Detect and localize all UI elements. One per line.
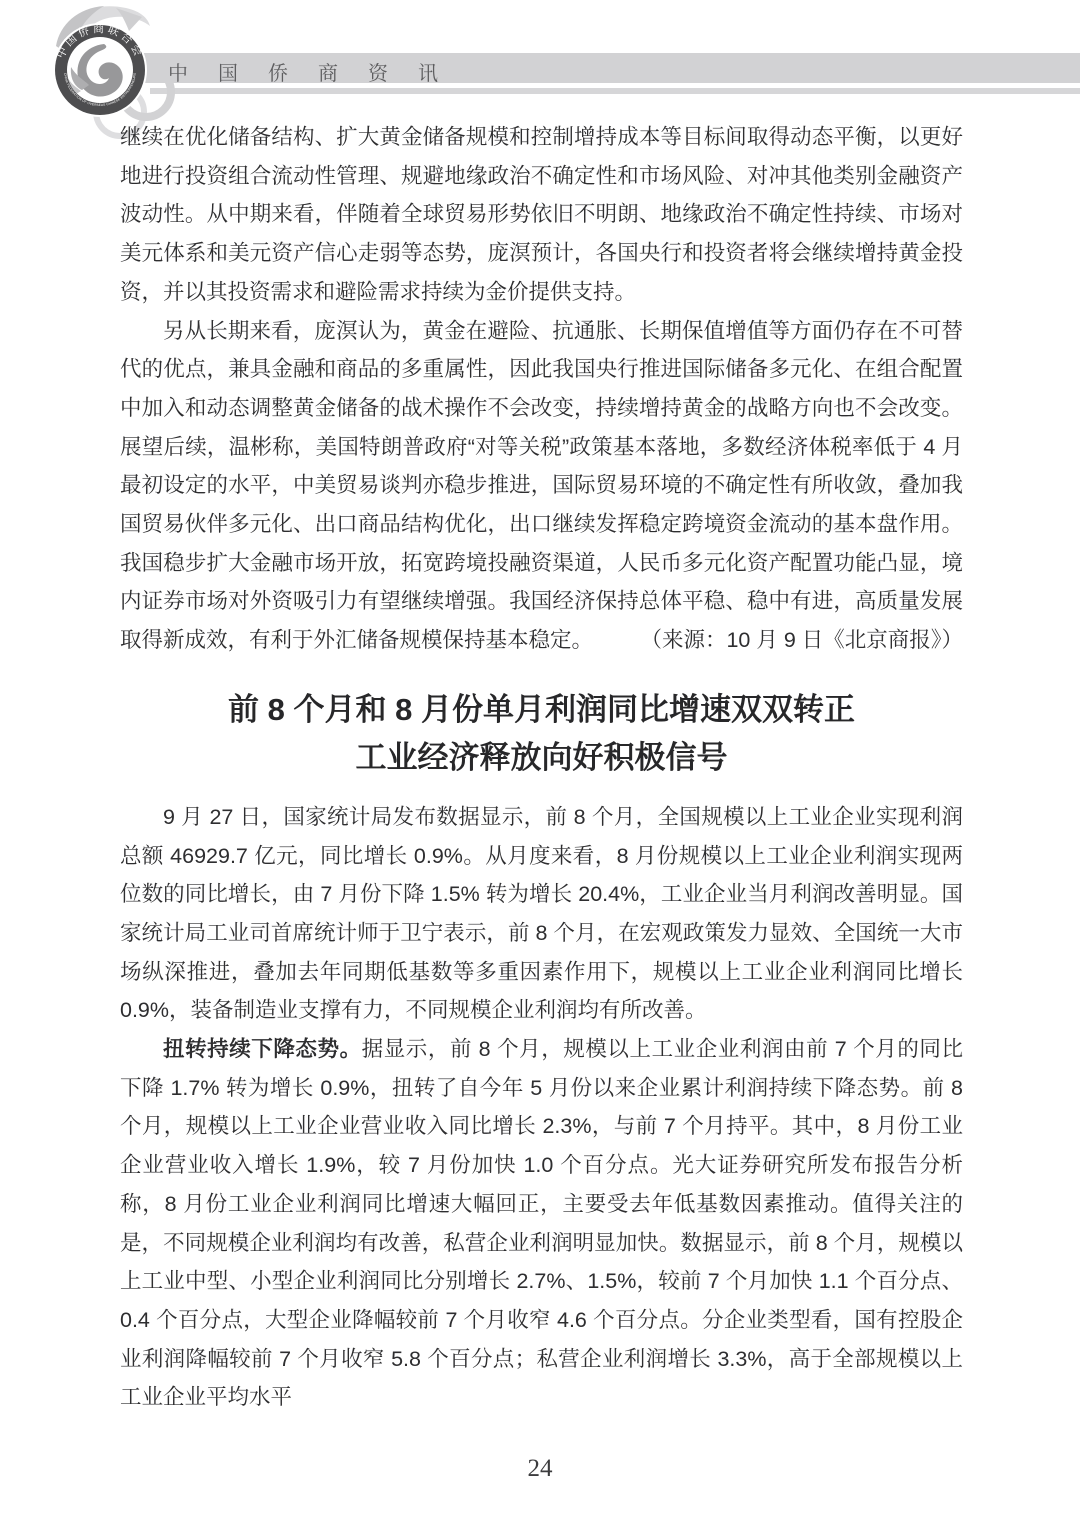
article2-title-line1: 前 8 个月和 8 月份单月利润同比增速双双转正 [120,686,963,734]
article1-source: （来源：10 月 9 日《北京商报》） [597,621,963,660]
article2-title-line2: 工业经济释放向好积极信号 [120,734,963,782]
page: 中国侨商资讯 [0,0,1080,1525]
masthead-underline [150,88,1080,94]
article2-paragraph-2: 扭转持续下降态势。据显示，前 8 个月，规模以上工业企业利润由前 7 个月的同比… [120,1030,963,1417]
article2-title: 前 8 个月和 8 月份单月利润同比增速双双转正 工业经济释放向好积极信号 [120,686,963,782]
article1-paragraph-2-text: 另从长期来看，庞溟认为，黄金在避险、抗通胀、长期保值增值等方面仍存在不可替代的优… [120,319,963,653]
article2-paragraph-2-text: 据显示，前 8 个月，规模以上工业企业利润由前 7 个月的同比下降 1.7% 转… [120,1037,963,1409]
article2-paragraph-2-lead: 扭转持续下降态势。 [163,1037,362,1061]
article1-paragraph-continuation: 继续在优化储备结构、扩大黄金储备规模和控制增持成本等目标间取得动态平衡，以更好地… [120,118,963,312]
article2-paragraph-1: 9 月 27 日，国家统计局发布数据显示，前 8 个月，全国规模以上工业企业实现… [120,798,963,1030]
article-content: 继续在优化储备结构、扩大黄金储备规模和控制增持成本等目标间取得动态平衡，以更好地… [120,118,963,1417]
article1-paragraph-2: 另从长期来看，庞溟认为，黄金在避险、抗通胀、长期保值增值等方面仍存在不可替代的优… [120,312,963,660]
page-number: 24 [0,1455,1080,1483]
